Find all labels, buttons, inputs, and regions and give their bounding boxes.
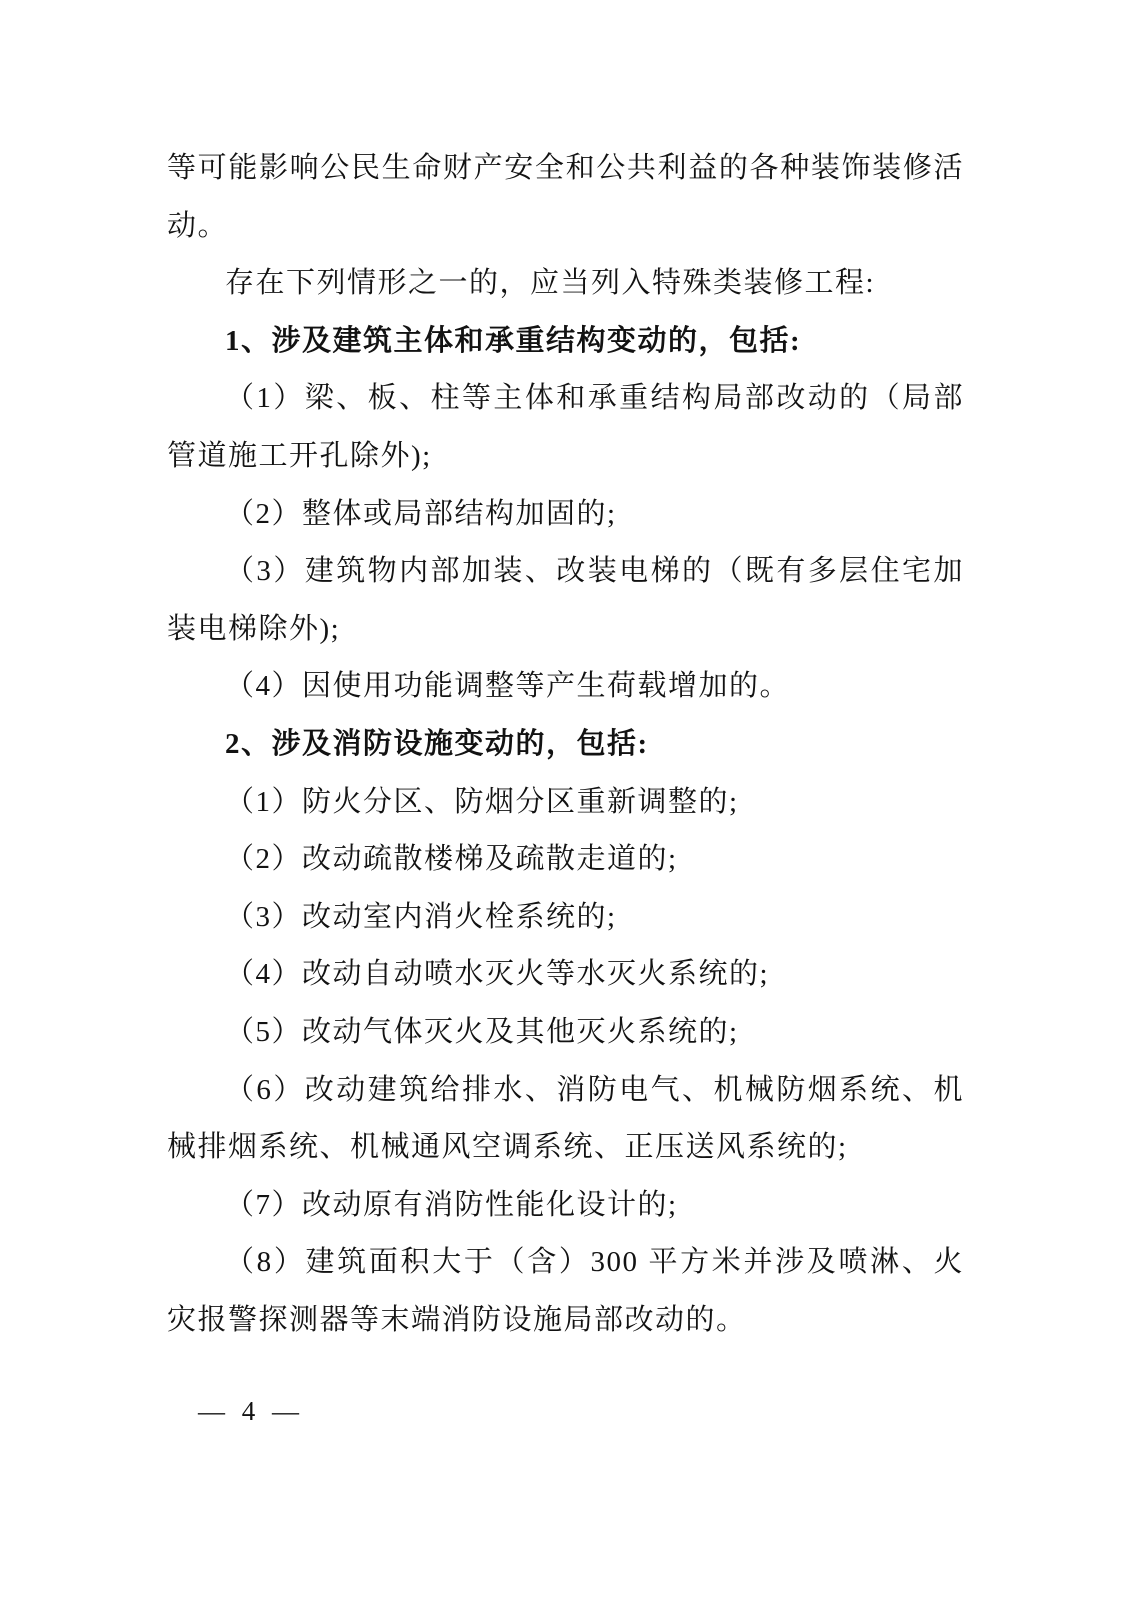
- page-number: — 4 —: [198, 1396, 304, 1427]
- intro-paragraph: 存在下列情形之一的，应当列入特殊类装修工程:: [167, 255, 964, 313]
- section-1-heading: 1、涉及建筑主体和承重结构变动的，包括:: [167, 313, 964, 371]
- section-2-item-5: （5）改动气体灭火及其他灭火系统的;: [167, 1004, 964, 1062]
- continuation-paragraph: 等可能影响公民生命财产安全和公共利益的各种装饰装修活动。: [167, 140, 964, 255]
- section-1-item-4: （4）因使用功能调整等产生荷载增加的。: [167, 658, 964, 716]
- section-2-item-8: （8）建筑面积大于（含）300 平方米并涉及喷淋、火灾报警探测器等末端消防设施局…: [167, 1234, 964, 1349]
- section-1-item-2: （2）整体或局部结构加固的;: [167, 486, 964, 544]
- section-2-item-6: （6）改动建筑给排水、消防电气、机械防烟系统、机械排烟系统、机械通风空调系统、正…: [167, 1062, 964, 1177]
- section-2-item-2: （2）改动疏散楼梯及疏散走道的;: [167, 831, 964, 889]
- section-2-heading: 2、涉及消防设施变动的，包括:: [167, 716, 964, 774]
- section-2-item-3: （3）改动室内消火栓系统的;: [167, 889, 964, 947]
- section-2-item-7: （7）改动原有消防性能化设计的;: [167, 1177, 964, 1235]
- section-1-item-1: （1）梁、板、柱等主体和承重结构局部改动的（局部管道施工开孔除外);: [167, 370, 964, 485]
- section-2-item-1: （1）防火分区、防烟分区重新调整的;: [167, 774, 964, 832]
- section-1-item-3: （3）建筑物内部加装、改装电梯的（既有多层住宅加装电梯除外);: [167, 543, 964, 658]
- document-body: 等可能影响公民生命财产安全和公共利益的各种装饰装修活动。 存在下列情形之一的，应…: [167, 140, 964, 1349]
- document-page: 等可能影响公民生命财产安全和公共利益的各种装饰装修活动。 存在下列情形之一的，应…: [0, 0, 1131, 1600]
- section-2-item-4: （4）改动自动喷水灭火等水灭火系统的;: [167, 946, 964, 1004]
